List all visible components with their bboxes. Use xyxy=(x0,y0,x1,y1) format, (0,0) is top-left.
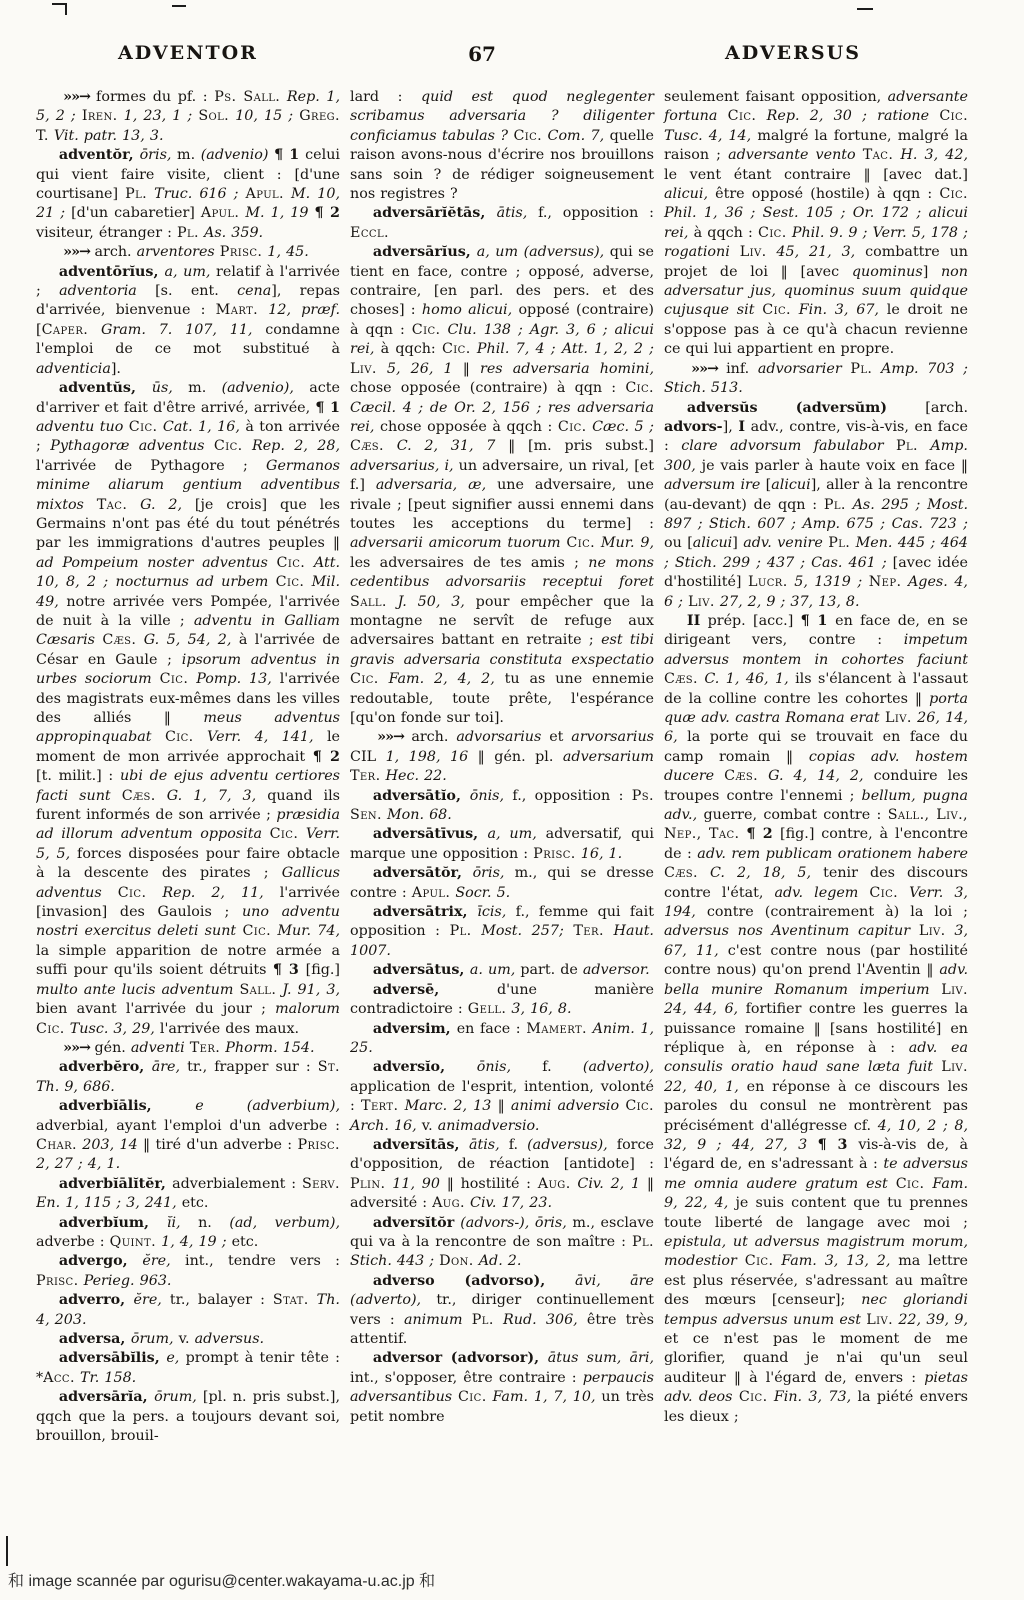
dictionary-paragraph: adversa, ōrum, v. adversus. xyxy=(36,1330,340,1349)
dictionary-paragraph: adverbĭālĭtĕr, adverbialement : Serv. En… xyxy=(36,1175,340,1214)
dictionary-paragraph: adversātŏr, ōris, m., qui se dresse cont… xyxy=(350,864,654,903)
dictionary-page: ADVENTOR 67 ADVERSUS »»→ formes du pf. :… xyxy=(0,0,1024,1600)
dictionary-paragraph: adversātĭo, ōnis, f., opposition : Ps. S… xyxy=(350,787,654,826)
dictionary-paragraph: adversē, d'une manière contradictoire : … xyxy=(350,981,654,1020)
dictionary-paragraph: adverso (advorso), āvi, āre (adverto), t… xyxy=(350,1272,654,1350)
dictionary-paragraph: adventōrĭus, a, um, relatif à l'arrivée … xyxy=(36,263,340,379)
text-columns: »»→ formes du pf. : Ps. Sall. Rep. 1, 5,… xyxy=(36,88,968,1562)
dictionary-paragraph: adversĭtŏr (advors-), ōris, m., esclave … xyxy=(350,1214,654,1272)
dictionary-paragraph: seulement faisant opposition, adversante… xyxy=(664,88,968,360)
dictionary-paragraph: adversārĭa, ōrum, [pl. n. pris subst.], … xyxy=(36,1388,340,1446)
dictionary-paragraph: advergo, ĕre, int., tendre vers : Prisc.… xyxy=(36,1252,340,1291)
dictionary-paragraph: adversātrix, īcis, f., femme qui fait op… xyxy=(350,903,654,961)
column-1: »»→ formes du pf. : Ps. Sall. Rep. 1, 5,… xyxy=(36,88,340,1562)
dictionary-paragraph: lard : quid est quod neglegenter scribam… xyxy=(350,88,654,204)
scan-artifact xyxy=(52,3,67,15)
dictionary-paragraph: adventŭs, ūs, m. (advenio), acte d'arriv… xyxy=(36,379,340,1039)
scan-artifact xyxy=(6,1536,8,1566)
header-keyword-right: ADVERSUS xyxy=(648,42,938,64)
dictionary-paragraph: »»→ formes du pf. : Ps. Sall. Rep. 1, 5,… xyxy=(36,88,340,146)
dictionary-paragraph: adverbĭālis, e (adverbium), adverbial, a… xyxy=(36,1097,340,1175)
dictionary-paragraph: adverro, ĕre, tr., balayer : Stat. Th. 4… xyxy=(36,1291,340,1330)
dictionary-paragraph: adversātīvus, a, um, adversatif, qui mar… xyxy=(350,825,654,864)
dictionary-paragraph: adversor (advorsor), ātus sum, āri, int.… xyxy=(350,1349,654,1427)
dictionary-paragraph: adventŏr, ōris, m. (advenio) ¶ 1 celui q… xyxy=(36,146,340,243)
dictionary-paragraph: II prép. [acc.] ¶ 1 en face de, en se di… xyxy=(664,612,968,1427)
dictionary-paragraph: adverbĭum, ĭi, n. (ad, verbum), adverbe … xyxy=(36,1214,340,1253)
page-header: ADVENTOR 67 ADVERSUS xyxy=(0,42,1024,72)
header-keyword-left: ADVENTOR xyxy=(36,42,340,64)
dictionary-paragraph: »»→ arch. arventores Prisc. 1, 45. xyxy=(36,243,340,262)
dictionary-paragraph: adverbĕro, āre, tr., frapper sur : St. T… xyxy=(36,1058,340,1097)
dictionary-paragraph: adversābĭlis, e, prompt à tenir tête : *… xyxy=(36,1349,340,1388)
dictionary-paragraph: adversĭtās, ātis, f. (adversus), force d… xyxy=(350,1136,654,1214)
dictionary-paragraph: adversŭs (adversŭm) [arch. advors-], I a… xyxy=(664,399,968,612)
dictionary-paragraph: adversĭo, ōnis, f. (adverto), applicatio… xyxy=(350,1058,654,1136)
dictionary-paragraph: adversim, en face : Mamert. Anim. 1, 25. xyxy=(350,1020,654,1059)
dictionary-paragraph: »»→ gén. adventi Ter. Phorm. 154. xyxy=(36,1039,340,1058)
scan-artifact xyxy=(172,5,186,7)
dictionary-paragraph: »»→ inf. advorsarier Pl. Amp. 703 ; Stic… xyxy=(664,360,968,399)
dictionary-paragraph: adversārĭus, a, um (adversus), qui se ti… xyxy=(350,243,654,728)
dictionary-paragraph: adversātus, a. um, part. de adversor. xyxy=(350,961,654,980)
column-3: seulement faisant opposition, adversante… xyxy=(664,88,968,1562)
page-number: 67 xyxy=(412,42,552,66)
dictionary-paragraph: adversārĭĕtās, ātis, f., opposition : Ec… xyxy=(350,204,654,243)
dictionary-paragraph: »»→ arch. advorsarius et arvorsarius CIL… xyxy=(350,728,654,786)
scan-credit: 和 image scannée par ogurisu@center.wakay… xyxy=(8,1568,435,1591)
column-2: lard : quid est quod neglegenter scribam… xyxy=(350,88,654,1562)
scan-artifact xyxy=(857,8,873,10)
